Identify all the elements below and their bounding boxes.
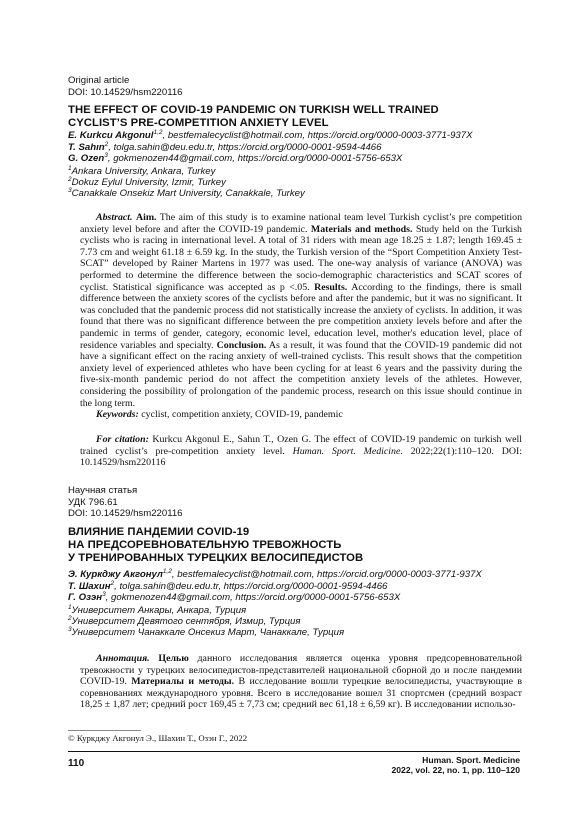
author-sup: 1,2 (163, 568, 172, 575)
methods-label: Материалы и методы. (131, 676, 234, 687)
affil-text: Canakkale Onsekiz Mart University, Canak… (72, 188, 305, 199)
affil-text: Университет Девятого сентября, Измир, Ту… (72, 616, 301, 627)
article-type: Original article (68, 75, 183, 87)
author-line: G. Ozen3, gokmenozen44@gmail.com, https:… (68, 153, 472, 165)
affil-text: Ankara University, Ankara, Turkey (72, 166, 216, 177)
author-name: T. Sahın (68, 142, 105, 153)
doi: DOI: 10.14529/hsm220116 (68, 87, 183, 99)
footer-divider (68, 751, 520, 752)
keywords-label: Keywords: (96, 409, 139, 420)
page-number: 110 (68, 758, 84, 769)
footnote-divider (68, 730, 141, 731)
abstract-label: Abstract. (96, 212, 133, 223)
affiliation: 3Университет Чанаккале Онсекиз Март, Чан… (68, 627, 344, 638)
affiliation: 3Canakkale Onsekiz Mart University, Cana… (68, 188, 305, 199)
affil-text: Университет Чанаккале Онсекиз Март, Чана… (72, 627, 344, 638)
citation-label: For citation: (96, 434, 149, 445)
author-line: Г. Озэн3, gokmenozen44@gmail.com, https:… (68, 592, 482, 604)
author-details: , tolga.sahin@deu.edu.tr, https://orcid.… (114, 581, 387, 592)
conclusion-label: Conclusion. (217, 340, 267, 351)
journal-name: Human. Sport. Medicine (391, 755, 520, 765)
affil-text: Университет Анкары, Анкара, Турция (72, 605, 247, 616)
author-sup: 1,2 (153, 129, 162, 136)
journal-info: Human. Sport. Medicine 2022, vol. 22, no… (391, 755, 520, 775)
affiliation: 1Университет Анкары, Анкара, Турция (68, 605, 344, 616)
author-name: Т. Шахин (68, 581, 111, 592)
author-line: E. Kurkcu Akgonul1,2, bestfemalecyclist@… (68, 130, 472, 142)
author-name: G. Ozen (68, 153, 104, 164)
abstract-label: Аннотация. (96, 653, 150, 664)
affiliation: 1Ankara University, Ankara, Turkey (68, 166, 305, 177)
aim-label: Целью (158, 653, 188, 664)
journal-issue: 2022, vol. 22, no. 1, pp. 110–120 (391, 765, 520, 775)
author-details: , bestfemalecyclist@hotmail.com, https:/… (163, 130, 473, 141)
author-list-ru: Э. Куркджу Акгонул1,2, bestfemalecyclist… (68, 569, 482, 604)
author-details: , bestfemalecyclist@hotmail.com, https:/… (172, 569, 482, 580)
author-details: , gokmenozen44@gmail.com, https://orcid.… (106, 592, 401, 603)
author-name: E. Kurkcu Akgonul (68, 130, 153, 141)
results-label: Results. (314, 282, 347, 293)
article-meta-ru: Научная статья УДК 796.61 DOI: 10.14529/… (68, 485, 183, 520)
abstract-en: Abstract. Aim. The aim of this study is … (80, 212, 522, 409)
affiliation: 2Dokuz Eylul University, Izmir, Turkey (68, 177, 305, 188)
affiliations-ru: 1Университет Анкары, Анкара, Турция 2Уни… (68, 605, 344, 638)
methods-label: Materials and methods. (311, 224, 413, 235)
abstract-ru: Аннотация. Целью данного исследования яв… (80, 653, 522, 711)
author-list-en: E. Kurkcu Akgonul1,2, bestfemalecyclist@… (68, 130, 472, 165)
udk: УДК 796.61 (68, 497, 183, 509)
keywords-en: Keywords: cyclist, competition anxiety, … (80, 409, 522, 421)
affiliations-en: 1Ankara University, Ankara, Turkey 2Doku… (68, 166, 305, 199)
author-name: Г. Озэн (68, 592, 102, 603)
keywords-text: cyclist, competition anxiety, COVID-19, … (139, 409, 343, 420)
title-line: У ТРЕНИРОВАННЫХ ТУРЕЦКИХ ВЕЛОСИПЕДИСТОВ (68, 552, 363, 565)
aim-label: Aim. (136, 212, 157, 223)
title-line: CYCLIST’S PRE-COMPETITION ANXIETY LEVEL (68, 117, 439, 130)
title-line: НА ПРЕДСОРЕВНОВАТЕЛЬНУЮ ТРЕВОЖНОСТЬ (68, 539, 363, 552)
title-line: THE EFFECT OF COVID-19 PANDEMIC ON TURKI… (68, 104, 439, 117)
article-title-en: THE EFFECT OF COVID-19 PANDEMIC ON TURKI… (68, 104, 439, 130)
title-line: ВЛИЯНИЕ ПАНДЕМИИ COVID-19 (68, 526, 363, 539)
article-title-ru: ВЛИЯНИЕ ПАНДЕМИИ COVID-19 НА ПРЕДСОРЕВНО… (68, 526, 363, 566)
doi: DOI: 10.14529/hsm220116 (68, 508, 183, 520)
citation-journal: Human. Sport. Medicine (293, 446, 401, 457)
author-details: , gokmenozen44@gmail.com, https://orcid.… (108, 153, 403, 164)
author-line: T. Sahın2, tolga.sahin@deu.edu.tr, https… (68, 142, 472, 154)
citation-en: For citation: Kurkcu Akgonul E., Sahın T… (80, 434, 522, 469)
affiliation: 2Университет Девятого сентября, Измир, Т… (68, 616, 344, 627)
copyright-note: © Куркджу Акгонул Э., Шахин Т., Озэн Г.,… (68, 733, 247, 743)
article-type: Научная статья (68, 485, 183, 497)
affil-text: Dokuz Eylul University, Izmir, Turkey (72, 177, 226, 188)
author-details: , tolga.sahin@deu.edu.tr, https://orcid.… (108, 142, 381, 153)
author-name: Э. Куркджу Акгонул (68, 569, 163, 580)
author-line: Э. Куркджу Акгонул1,2, bestfemalecyclist… (68, 569, 482, 581)
article-meta-en: Original article DOI: 10.14529/hsm220116 (68, 75, 183, 98)
author-line: Т. Шахин2, tolga.sahin@deu.edu.tr, https… (68, 581, 482, 593)
